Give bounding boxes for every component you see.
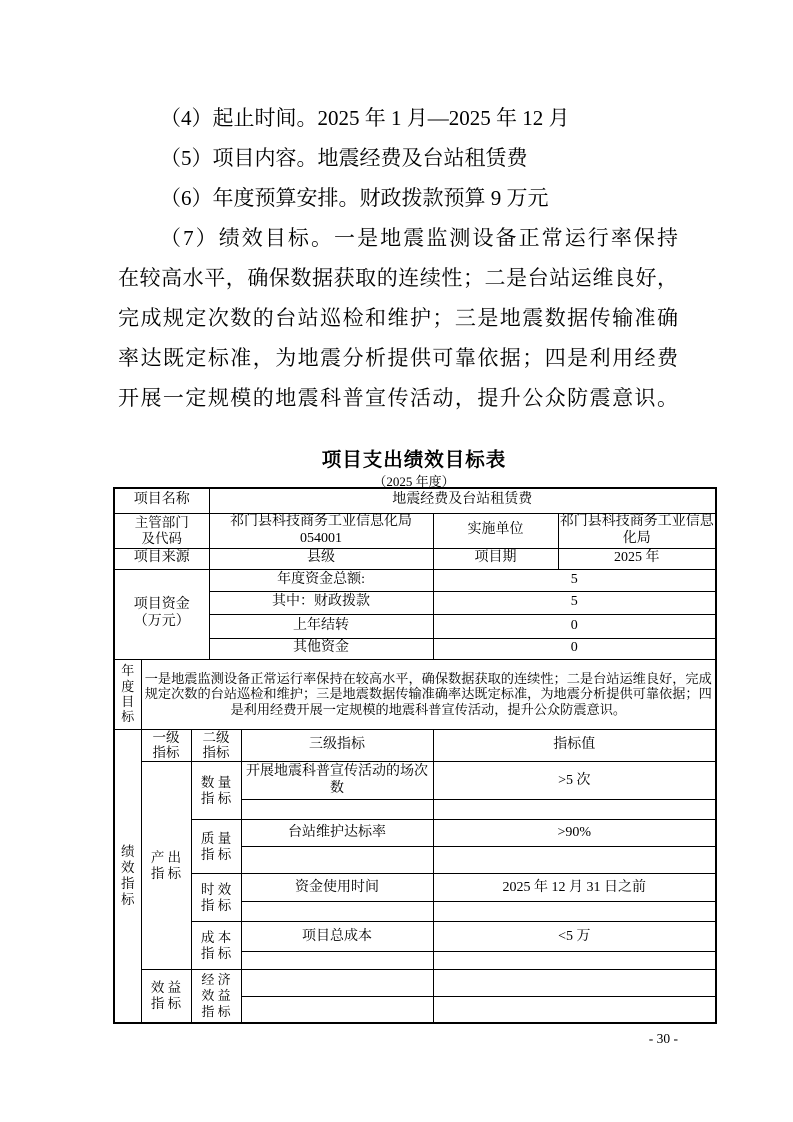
empty-value-cell [433,847,716,874]
row-time-1: 时 效 指 标 资金使用时间 2025 年 12 月 31 日之前 [114,874,716,902]
quality-value-cell: >90% [433,820,716,847]
impl-unit-value-cell: 祁门县科技商务工业信息化局 [558,513,716,548]
quantity-label-cell: 数 量 指 标 [191,762,241,820]
document-page: （4）起止时间。2025 年 1 月—2025 年 12 月 （5）项目内容。地… [0,0,793,1122]
row-quality-1: 质 量 指 标 台站维护达标率 >90% [114,820,716,847]
header-value-cell: 指标值 [433,729,716,762]
perf-section-label-cell: 绩 效 指 标 [114,729,141,1023]
empty-value-cell [433,800,716,820]
cost-metric-cell: 项目总成本 [241,922,433,952]
funds-other-value-cell: 0 [433,638,716,659]
header-level1-cell: 一级 指标 [141,729,191,762]
dept-label-cell: 主管部门 及代码 [114,513,209,548]
page-number: - 30 - [113,1031,678,1047]
table-title: 项目支出绩效目标表 [113,444,715,472]
row-annual-goal: 年 度 目 标 一是地震监测设备正常运行率保持在较高水平，确保数据获取的连续性；… [114,659,716,729]
funds-carryover-value-cell: 0 [433,614,716,638]
quantity-metric-cell: 开展地震科普宣传活动的场次数 [241,762,433,800]
para-7-line-3: 完成规定次数的台站巡检和维护；三是地震数据传输准确 [118,298,678,338]
row-indicator-header: 绩 效 指 标 一级 指标 二级 指标 三级指标 指标值 [114,729,716,762]
benefit-label-cell: 效 益 指 标 [141,970,191,1023]
funds-fiscal-value-cell: 5 [433,591,716,614]
time-label-cell: 时 效 指 标 [191,874,241,922]
body-text: （4）起止时间。2025 年 1 月—2025 年 12 月 （5）项目内容。地… [118,98,678,418]
para-7-line-4: 率达既定标准，为地震分析提供可靠依据；四是利用经费 [118,338,678,378]
para-7-line-2: 在较高水平，确保数据获取的连续性；二是台站运维良好， [118,258,678,298]
time-metric-cell: 资金使用时间 [241,874,433,902]
source-value-cell: 县级 [209,548,433,569]
para-4: （4）起止时间。2025 年 1 月—2025 年 12 月 [118,98,678,138]
cost-value-cell: <5 万 [433,922,716,952]
funds-total-value-cell: 5 [433,569,716,591]
empty-value-cell [433,970,716,997]
empty-metric-cell [241,902,433,922]
cost-label-cell: 成 本 指 标 [191,922,241,970]
para-6: （6）年度预算安排。财政拨款预算 9 万元 [118,178,678,218]
header-level3-cell: 三级指标 [241,729,433,762]
empty-value-cell [433,952,716,970]
funds-other-label-cell: 其他资金 [209,638,433,659]
empty-value-cell [433,997,716,1023]
annual-goal-text-cell: 一是地震监测设备正常运行率保持在较高水平，确保数据获取的连续性；二是台站运维良好… [141,659,716,729]
source-label-cell: 项目来源 [114,548,209,569]
row-funds-total: 项目资金 （万元） 年度资金总额: 5 [114,569,716,591]
quantity-value-cell: >5 次 [433,762,716,800]
time-value-cell: 2025 年 12 月 31 日之前 [433,874,716,902]
row-cost-1: 成 本 指 标 项目总成本 <5 万 [114,922,716,952]
quality-label-cell: 质 量 指 标 [191,820,241,874]
project-name-label-cell: 项目名称 [114,488,209,513]
empty-metric-cell [241,952,433,970]
period-label-cell: 项目期 [433,548,558,569]
output-label-cell: 产 出 指 标 [141,762,191,970]
row-benefit-1: 效 益 指 标 经 济 效 益 指 标 [114,970,716,997]
empty-metric-cell [241,970,433,997]
quality-metric-cell: 台站维护达标率 [241,820,433,847]
economic-label-cell: 经 济 效 益 指 标 [191,970,241,1023]
dept-value-cell: 祁门县科技商务工业信息化局 054001 [209,513,433,548]
project-name-value-cell: 地震经费及台站租赁费 [209,488,716,513]
para-5: （5）项目内容。地震经费及台站租赁费 [118,138,678,178]
empty-metric-cell [241,997,433,1023]
row-project-name: 项目名称 地震经费及台站租赁费 [114,488,716,513]
para-7-line-1: （7）绩效目标。一是地震监测设备正常运行率保持 [118,218,678,258]
para-7-line-5: 开展一定规模的地震科普宣传活动，提升公众防震意识。 [118,378,678,418]
header-level2-cell: 二级 指标 [191,729,241,762]
empty-metric-cell [241,847,433,874]
impl-unit-label-cell: 实施单位 [433,513,558,548]
annual-goal-label-cell: 年 度 目 标 [114,659,141,729]
funds-total-label-cell: 年度资金总额: [209,569,433,591]
funds-carryover-label-cell: 上年结转 [209,614,433,638]
funds-label-cell: 项目资金 （万元） [114,569,209,659]
row-source: 项目来源 县级 项目期 2025 年 [114,548,716,569]
funds-fiscal-label-cell: 其中：财政拨款 [209,591,433,614]
empty-value-cell [433,902,716,922]
row-quantity-1: 产 出 指 标 数 量 指 标 开展地震科普宣传活动的场次数 >5 次 [114,762,716,800]
row-dept: 主管部门 及代码 祁门县科技商务工业信息化局 054001 实施单位 祁门县科技… [114,513,716,548]
empty-metric-cell [241,800,433,820]
performance-target-table: 项目名称 地震经费及台站租赁费 主管部门 及代码 祁门县科技商务工业信息化局 0… [113,487,717,1024]
period-value-cell: 2025 年 [558,548,716,569]
